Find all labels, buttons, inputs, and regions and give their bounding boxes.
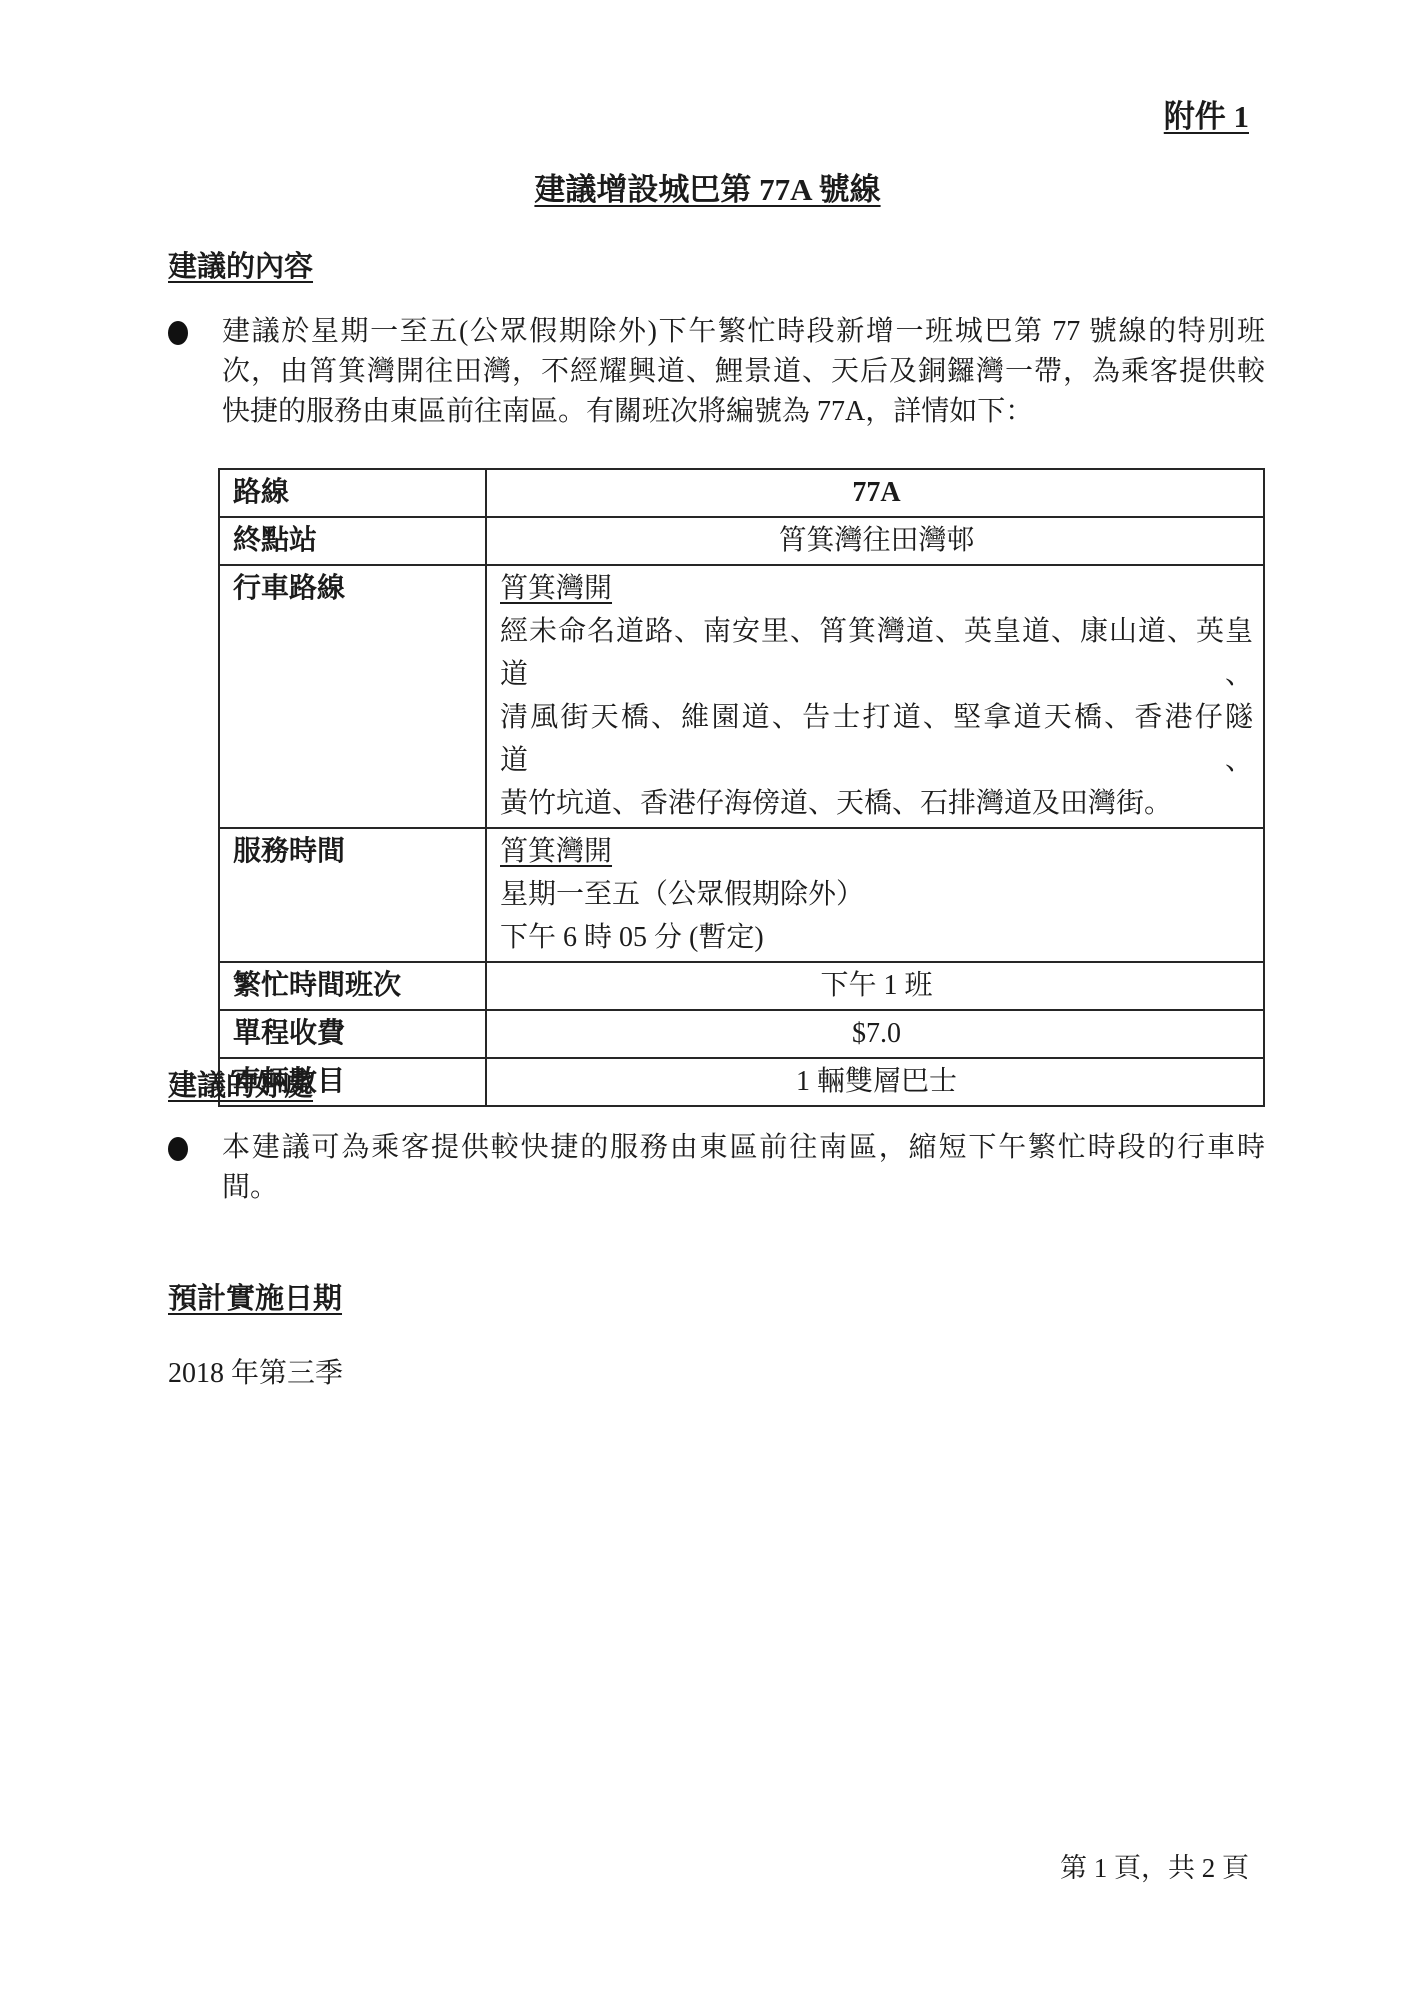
bullet-icon	[168, 321, 188, 345]
row-label-route: 路線	[219, 469, 486, 517]
table-row-routing: 行車路線 筲箕灣開 經未命名道路、南安里、筲箕灣道、英皇道、康山道、英皇道、清風…	[219, 565, 1264, 828]
attachment-label: 附件 1	[1164, 99, 1249, 135]
text-line: 星期一至五（公眾假期除外）	[500, 873, 1253, 916]
section-heading-benefits: 建議的好處	[168, 1068, 313, 1104]
section-heading-date-text: 預計實施日期	[168, 1283, 342, 1315]
text-line: 經未命名道路、南安里、筲箕灣道、英皇道、康山道、英皇道、	[500, 610, 1253, 696]
table-row-fleet: 車輛數目 1 輛雙層巴士	[219, 1058, 1264, 1106]
table-row-terminus: 終點站 筲箕灣往田灣邨	[219, 517, 1264, 565]
text-line: 下午 6 時 05 分 (暫定)	[500, 916, 1253, 959]
row-value-fare: $7.0	[486, 1010, 1264, 1058]
row-value-route: 77A	[486, 469, 1264, 517]
benefits-bullet-item: 本建議可為乘客提供較快捷的服務由東區前往南區，縮短下午繁忙時段的行車時間。	[168, 1128, 1265, 1208]
row-label-peak-frequency: 繁忙時間班次	[219, 962, 486, 1010]
table-row-service-hours: 服務時間 筲箕灣開 星期一至五（公眾假期除外）下午 6 時 05 分 (暫定)	[219, 828, 1264, 962]
text-line: 本建議可為乘客提供較快捷的服務由東區前往南區，縮短下午繁忙時段的行車時	[222, 1128, 1265, 1168]
route-spec-table: 路線 77A 終點站 筲箕灣往田灣邨 行車路線 筲箕灣開 經未命名道路、南安里、…	[218, 468, 1265, 1107]
bullet-icon	[168, 1137, 188, 1161]
row-value-peak-frequency: 下午 1 班	[486, 962, 1264, 1010]
text-line: 快捷的服務由東區前往南區。有關班次將編號為 77A，詳情如下：	[222, 392, 1265, 432]
section-heading-date: 預計實施日期	[168, 1281, 342, 1317]
table-row-peak-frequency: 繁忙時間班次 下午 1 班	[219, 962, 1264, 1010]
service-origin-line: 筲箕灣開	[500, 830, 1253, 873]
text-line: 間。	[222, 1168, 1265, 1208]
section-heading-benefits-text: 建議的好處	[168, 1070, 313, 1102]
service-origin: 筲箕灣開	[500, 836, 612, 867]
document-title: 建議增設城巴第 77A 號線	[534, 172, 880, 207]
text-line: 建議於星期一至五(公眾假期除外)下午繁忙時段新增一班城巴第 77 號線的特別班	[222, 312, 1265, 352]
routing-origin-line: 筲箕灣開	[500, 567, 1253, 610]
implementation-date: 2018 年第三季	[168, 1354, 343, 1394]
row-value-routing: 筲箕灣開 經未命名道路、南安里、筲箕灣道、英皇道、康山道、英皇道、清風街天橋、維…	[486, 565, 1264, 828]
row-value-terminus: 筲箕灣往田灣邨	[486, 517, 1264, 565]
row-label-fare: 單程收費	[219, 1010, 486, 1058]
routing-streets: 經未命名道路、南安里、筲箕灣道、英皇道、康山道、英皇道、清風街天橋、維園道、告士…	[500, 610, 1253, 825]
section-heading-proposal-text: 建議的內容	[168, 251, 313, 283]
document-page: 附件 1 建議增設城巴第 77A 號線 建議的內容 建議於星期一至五(公眾假期除…	[0, 0, 1415, 2000]
text-line: 黃竹坑道、香港仔海傍道、天橋、石排灣道及田灣街。	[500, 782, 1253, 825]
row-label-routing: 行車路線	[219, 565, 486, 828]
routing-origin: 筲箕灣開	[500, 573, 612, 604]
page-number-footer: 第 1 頁，共 2 頁	[1060, 1852, 1249, 1884]
document-title-row: 建議增設城巴第 77A 號線	[0, 170, 1415, 210]
text-line: 次，由筲箕灣開往田灣，不經耀興道、鯉景道、天后及銅鑼灣一帶，為乘客提供較	[222, 352, 1265, 392]
benefits-paragraph: 本建議可為乘客提供較快捷的服務由東區前往南區，縮短下午繁忙時段的行車時間。	[222, 1128, 1265, 1208]
text-line: 清風街天橋、維園道、告士打道、堅拿道天橋、香港仔隧道、	[500, 696, 1253, 782]
proposal-paragraph: 建議於星期一至五(公眾假期除外)下午繁忙時段新增一班城巴第 77 號線的特別班次…	[222, 312, 1265, 432]
table-row-route: 路線 77A	[219, 469, 1264, 517]
service-hours-lines: 星期一至五（公眾假期除外）下午 6 時 05 分 (暫定)	[500, 873, 1253, 959]
table-row-fare: 單程收費 $7.0	[219, 1010, 1264, 1058]
row-value-service-hours: 筲箕灣開 星期一至五（公眾假期除外）下午 6 時 05 分 (暫定)	[486, 828, 1264, 962]
row-label-terminus: 終點站	[219, 517, 486, 565]
row-value-fleet: 1 輛雙層巴士	[486, 1058, 1264, 1106]
row-label-service-hours: 服務時間	[219, 828, 486, 962]
proposal-bullet-item: 建議於星期一至五(公眾假期除外)下午繁忙時段新增一班城巴第 77 號線的特別班次…	[168, 312, 1265, 432]
section-heading-proposal: 建議的內容	[168, 249, 313, 285]
